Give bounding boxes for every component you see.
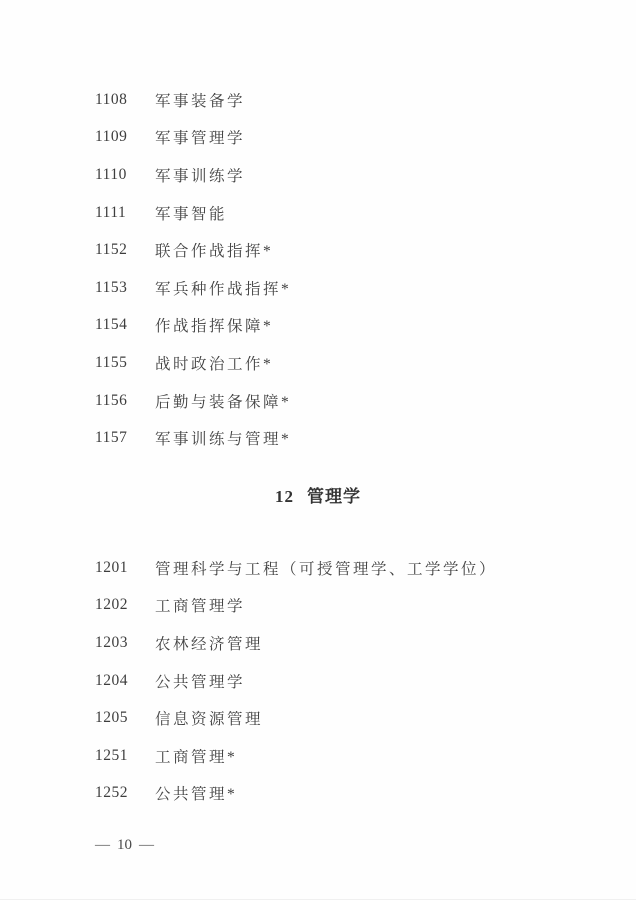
document-content: 1108 军事装备学 1109 军事管理学 1110 军事训练学 1111 军事… [0,0,636,855]
discipline-name: 信息资源管理 [155,707,263,729]
discipline-name: 作战指挥保障* [155,314,273,336]
page-footer: — 10 — [0,835,636,855]
footer-dash-right: — [139,835,154,855]
discipline-name: 军事管理学 [155,126,245,148]
discipline-name: 军事训练与管理* [155,427,291,449]
discipline-name: 后勤与装备保障* [155,390,291,412]
discipline-code: 1157 [95,429,155,447]
discipline-code: 1203 [95,634,155,652]
discipline-code: 1153 [95,279,155,297]
discipline-row: 1202 工商管理学 [0,587,636,625]
discipline-row: 1154 作战指挥保障* [0,307,636,345]
discipline-code: 1252 [95,784,155,802]
discipline-row: 1157 军事训练与管理* [0,419,636,457]
discipline-name: 农林经济管理 [155,632,263,654]
discipline-code: 1251 [95,747,155,765]
discipline-name: 军兵种作战指挥* [155,277,291,299]
discipline-code: 1204 [95,672,155,690]
discipline-row: 1156 后勤与装备保障* [0,382,636,420]
footer-dash-left: — [95,835,110,855]
discipline-code: 1201 [95,559,155,577]
document-page: 1108 军事装备学 1109 军事管理学 1110 军事训练学 1111 军事… [0,0,636,900]
discipline-name: 联合作战指挥* [155,239,273,261]
discipline-name: 军事装备学 [155,89,245,111]
discipline-row: 1109 军事管理学 [0,119,636,157]
discipline-row: 1152 联合作战指挥* [0,231,636,269]
section-heading-code: 12 [275,487,294,506]
discipline-name: 军事训练学 [155,164,245,186]
discipline-row: 1251 工商管理* [0,737,636,775]
discipline-code: 1110 [95,166,155,184]
discipline-row: 1252 公共管理* [0,775,636,813]
discipline-row: 1201 管理科学与工程（可授管理学、工学学位） [0,549,636,587]
discipline-name: 工商管理学 [155,594,245,616]
discipline-code: 1111 [95,204,155,222]
discipline-row: 1108 军事装备学 [0,81,636,119]
section-military: 1108 军事装备学 1109 军事管理学 1110 军事训练学 1111 军事… [0,81,636,457]
discipline-name: 公共管理* [155,782,237,804]
discipline-code: 1109 [95,128,155,146]
page-number: 10 [117,835,132,855]
discipline-code: 1202 [95,596,155,614]
discipline-code: 1154 [95,316,155,334]
discipline-name: 工商管理* [155,745,237,767]
discipline-row: 1203 农林经济管理 [0,624,636,662]
discipline-name: 军事智能 [155,202,227,224]
discipline-name: 公共管理学 [155,670,245,692]
discipline-code: 1155 [95,354,155,372]
discipline-code: 1156 [95,392,155,410]
discipline-code: 1152 [95,241,155,259]
section-management: 1201 管理科学与工程（可授管理学、工学学位） 1202 工商管理学 1203… [0,549,636,812]
discipline-row: 1153 军兵种作战指挥* [0,269,636,307]
discipline-row: 1110 军事训练学 [0,156,636,194]
discipline-row: 1111 军事智能 [0,194,636,232]
discipline-row: 1204 公共管理学 [0,662,636,700]
section-heading-title: 管理学 [307,487,361,506]
section-heading: 12管理学 [0,478,636,516]
discipline-code: 1205 [95,709,155,727]
discipline-code: 1108 [95,91,155,109]
discipline-name: 管理科学与工程（可授管理学、工学学位） [155,557,497,579]
discipline-name: 战时政治工作* [155,352,273,374]
discipline-row: 1155 战时政治工作* [0,344,636,382]
discipline-row: 1205 信息资源管理 [0,699,636,737]
